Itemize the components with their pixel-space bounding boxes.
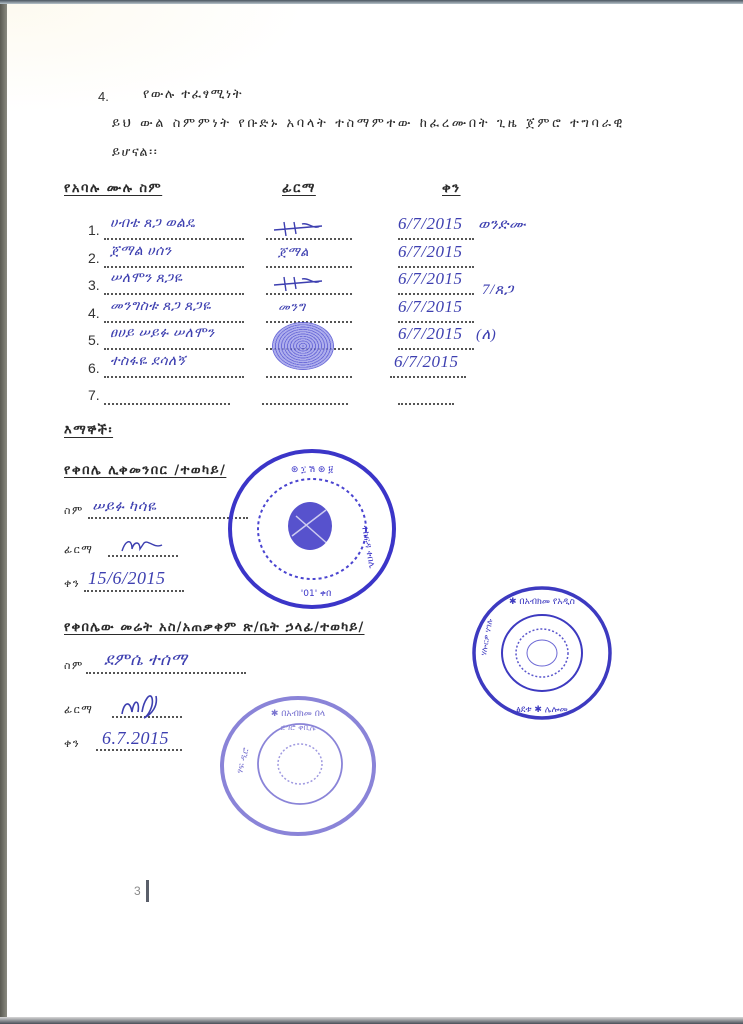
date-line bbox=[398, 348, 474, 350]
name-line bbox=[104, 238, 244, 240]
date-note-handwriting: 7/ጸጋ bbox=[482, 281, 514, 299]
date-line bbox=[398, 238, 474, 240]
date-handwriting: 6/7/2015 bbox=[398, 214, 462, 234]
date-note-handwriting: ወንድሙ bbox=[478, 216, 526, 234]
member-name-handwriting: መንግስቱ ጸጋ ጸጋዬ bbox=[110, 299, 211, 315]
kebele-signature-scribble bbox=[118, 535, 168, 557]
land-office-date-line bbox=[96, 749, 182, 751]
row-index: 6. bbox=[88, 360, 100, 376]
section-number: 4. bbox=[98, 89, 109, 104]
svg-text:'01' ቀበ: '01' ቀበ bbox=[301, 589, 331, 599]
header-signature: ፊርማ bbox=[282, 181, 316, 196]
kebele-name-line bbox=[88, 517, 248, 519]
date-line bbox=[398, 321, 474, 323]
name-line bbox=[104, 376, 244, 378]
name-line bbox=[104, 348, 244, 350]
kebele-name-handwriting: ሠይፉ ካሳዬ bbox=[92, 498, 156, 516]
signature-line bbox=[266, 376, 352, 378]
land-office-stamp: ✱ በአብክመ በላ ሮግሮ ቀቢሌ ፃፍ ዲሮ bbox=[218, 694, 378, 838]
kebele-chair-heading: የቀበሌ ሊቀመንበር /ተወካይ/ bbox=[64, 463, 226, 478]
svg-text:ሮግሮ ቀቢሌ: ሮግሮ ቀቢሌ bbox=[280, 723, 315, 732]
header-date: ቀን bbox=[442, 181, 461, 196]
regional-land-administration-stamp: ✱ በአብክመ የአዲስ ፅደቱ ✱ ሌሎመ ሃሎርዎ ሃገሉ bbox=[470, 584, 614, 722]
signature-line bbox=[266, 293, 352, 295]
kebele-date-handwriting: 15/6/2015 bbox=[88, 568, 166, 589]
date-handwriting: 6/7/2015 bbox=[398, 242, 462, 262]
date-handwriting: 6/7/2015 bbox=[394, 352, 458, 372]
signature-handwriting: ጀማል bbox=[278, 244, 309, 260]
svg-text:✱ በአብክመ በላ: ✱ በአብክመ በላ bbox=[271, 709, 325, 719]
land-office-date-handwriting: 6.7.2015 bbox=[102, 728, 169, 749]
member-name-handwriting: ተስፋዬ ደሳለኝ bbox=[110, 354, 186, 370]
name-line bbox=[104, 321, 244, 323]
section-body-line-1: ይህ ውል ስምምነት የቡድኑ አባላት ተስማምተው ከፈረሙበት ጊዜ ጀ… bbox=[112, 116, 625, 131]
member-name-handwriting: ጀማል ሀሰን bbox=[110, 244, 172, 260]
land-office-name-line bbox=[86, 672, 246, 674]
date-line bbox=[398, 266, 474, 268]
kebele-administration-stamp: ⊛ ፲ ሽ ⊛ ፱ ተከፍዳ ቀበሌ '01' ቀበ bbox=[226, 446, 398, 612]
land-office-signature-scribble bbox=[118, 688, 164, 722]
name-line bbox=[104, 266, 244, 268]
date-handwriting: 6/7/2015 bbox=[398, 324, 462, 344]
section-body-line-2: ይሆናል፡፡ bbox=[112, 145, 158, 160]
header-full-name: የአባሉ ሙሉ ስም bbox=[64, 181, 162, 196]
name-line bbox=[104, 403, 230, 405]
kebele-name-label: ስም bbox=[64, 504, 84, 518]
page-number: 3 bbox=[134, 884, 141, 898]
kebele-date-line bbox=[84, 590, 184, 592]
date-line bbox=[398, 293, 474, 295]
member-name-handwriting: ሀብቴ ጸጋ ወልዴ bbox=[110, 216, 195, 232]
scan-edge-left bbox=[0, 0, 7, 1024]
signature-line bbox=[266, 238, 352, 240]
land-office-signature-label: ፊርማ bbox=[64, 703, 93, 717]
kebele-date-label: ቀን bbox=[64, 577, 80, 591]
svg-text:✱ በአብክመ የአዲስ: ✱ በአብክመ የአዲስ bbox=[509, 597, 575, 607]
date-line bbox=[390, 376, 466, 378]
row-index: 1. bbox=[88, 222, 100, 238]
date-line bbox=[398, 403, 454, 405]
date-note-handwriting: (ለ) bbox=[476, 326, 496, 344]
kebele-signature-label: ፊርማ bbox=[64, 543, 93, 557]
row-index: 2. bbox=[88, 250, 100, 266]
member-name-handwriting: ሠለሞን ጸጋዬ bbox=[110, 271, 183, 287]
signature-scribble bbox=[272, 218, 326, 238]
fingerprint-signature bbox=[272, 322, 334, 370]
signature-line bbox=[262, 403, 348, 405]
land-office-date-label: ቀን bbox=[64, 737, 80, 751]
land-office-name-label: ስም bbox=[64, 659, 84, 673]
signature-line bbox=[266, 266, 352, 268]
date-handwriting: 6/7/2015 bbox=[398, 297, 462, 317]
row-index: 3. bbox=[88, 277, 100, 293]
row-index: 7. bbox=[88, 387, 100, 403]
row-index: 5. bbox=[88, 332, 100, 348]
section-title: የውሉ ተፈፃሚነት bbox=[143, 87, 243, 102]
witnesses-heading: እማኞች፡ bbox=[64, 423, 113, 438]
signature-handwriting: መንግ bbox=[278, 299, 306, 315]
svg-text:ፃፍ ዲሮ: ፃፍ ዲሮ bbox=[235, 747, 251, 775]
date-handwriting: 6/7/2015 bbox=[398, 269, 462, 289]
name-line bbox=[104, 293, 244, 295]
land-office-name-handwriting: ደምሴ ተሰማ bbox=[104, 650, 187, 670]
svg-text:⊛ ፲ ሽ ⊛ ፱: ⊛ ፲ ሽ ⊛ ፱ bbox=[291, 465, 333, 475]
page-margin-mark bbox=[146, 880, 149, 902]
signature-scribble bbox=[272, 273, 326, 293]
row-index: 4. bbox=[88, 305, 100, 321]
svg-text:ፅደቱ ✱ ሌሎመ: ፅደቱ ✱ ሌሎመ bbox=[516, 705, 568, 715]
scan-edge-bottom bbox=[0, 1017, 743, 1024]
land-office-heading: የቀበሌው መሬት አስ/አጠቃቀም ጽ/ቤት ኃላፊ/ተወካይ/ bbox=[64, 620, 365, 635]
member-name-handwriting: ፀሀይ ሠይፉ ሠለሞን bbox=[110, 326, 215, 342]
